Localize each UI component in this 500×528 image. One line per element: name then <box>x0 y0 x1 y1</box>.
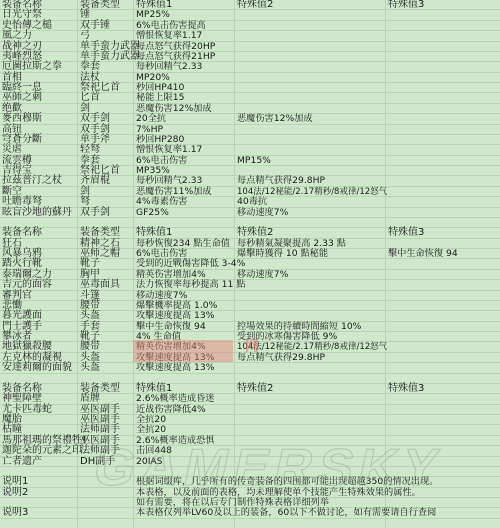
table-cell[interactable]: 剑 <box>78 104 133 113</box>
table-cell[interactable] <box>386 31 500 40</box>
table-cell[interactable] <box>386 239 500 248</box>
table-cell[interactable] <box>235 73 385 82</box>
table-cell[interactable]: 巫医副手 <box>78 405 133 414</box>
table-cell[interactable] <box>386 73 500 82</box>
table-cell[interactable] <box>386 114 500 123</box>
table-cell[interactable] <box>386 311 500 320</box>
table-cell[interactable]: 4%毒素伤害 <box>134 197 234 206</box>
column-header[interactable]: 特殊值2 <box>235 0 385 9</box>
table-row: 吐瞻毒弩弩4%毒素伤害40毒抗 <box>0 197 500 207</box>
watermark-site: 网 <box>245 336 259 356</box>
table-cell[interactable]: 每秒回精气2.33 <box>134 62 234 71</box>
table-cell[interactable]: 每秒回精气2.33 <box>134 176 234 185</box>
table-cell[interactable]: 法师副手 <box>78 425 133 434</box>
table-cell[interactable]: 秘能上限15 <box>134 93 234 102</box>
table-cell[interactable] <box>386 197 500 206</box>
table-cell[interactable]: 史怡傳之槌 <box>0 21 77 30</box>
note-text[interactable]: 如有需要，将在以后专门制作特殊表格详细列举 <box>134 498 494 507</box>
table-cell[interactable]: 20全抗 <box>134 114 234 123</box>
table-row: 悲慟腰带爆擊機率提高 1.0% <box>0 301 500 311</box>
table-cell[interactable]: 擊中生命恢復 94 <box>134 322 234 331</box>
table-cell[interactable]: 巫师之帽 <box>78 249 133 258</box>
watermark-highlight <box>133 340 233 362</box>
table-cell[interactable]: 拳套 <box>78 62 133 71</box>
column-header[interactable]: 装备名称 <box>0 0 77 9</box>
table-cell[interactable] <box>235 280 385 289</box>
table-cell[interactable]: 齐眉棍 <box>78 176 133 185</box>
table-cell[interactable]: 爆擊機率提高 1.0% <box>134 301 234 310</box>
table-cell[interactable] <box>386 135 500 144</box>
table-row: 穹蒼分斷单手斧秒回HP280 <box>0 135 500 145</box>
table-cell[interactable]: 每点怒气获得20HP <box>134 42 234 51</box>
table-cell[interactable]: 移动速度7% <box>134 291 234 300</box>
table-cell[interactable]: 靴子 <box>78 332 133 341</box>
table-cell[interactable]: 腰带 <box>78 301 133 310</box>
table-cell[interactable]: 双手剑 <box>78 125 133 134</box>
table-cell[interactable]: 踏火行靴 <box>0 259 77 268</box>
table-cell[interactable]: 夷峰烈怒 <box>0 52 77 61</box>
table-cell[interactable]: 轻弩 <box>78 145 133 154</box>
table-cell[interactable] <box>386 21 500 30</box>
table-cell[interactable]: MP35% <box>134 166 234 175</box>
table-row: 风暴乌鸦巫师之帽6%电击伤害爆擊時獲得 10 點秘能擊中生命恢復 94 <box>0 249 500 259</box>
table-cell[interactable]: 头盔 <box>78 363 133 372</box>
column-header[interactable]: 特殊值1 <box>134 384 234 393</box>
table-row: 战神之刃单手蛮力武器每点怒气获得20HP <box>0 42 500 52</box>
table-cell[interactable]: 战神之刃 <box>0 42 77 51</box>
table-row: 厄圖拉斯之拳拳套每秒回精气2.33 <box>0 62 500 72</box>
table-cell[interactable] <box>386 353 500 362</box>
table-cell[interactable]: MP20% <box>134 73 234 82</box>
table-cell[interactable] <box>235 62 385 71</box>
table-cell[interactable]: 亡者遗产 <box>0 457 77 466</box>
table-header-row: 装备名称装备类型特殊值1特殊值2特殊值3 <box>0 384 500 394</box>
table-cell[interactable]: 每点精气获得29.8HP <box>235 176 385 185</box>
table-cell[interactable] <box>235 125 385 134</box>
table-cell[interactable]: 憎恨恢复率1.17 <box>134 145 234 154</box>
table-cell[interactable]: 尤卡匹毒蛇 <box>0 405 77 414</box>
note-row: 说明3本表格仅列举LV60及以上的装备，60以下不做讨论，如有需要请自行查阅 <box>0 508 500 518</box>
table-cell[interactable]: 流雲樽 <box>0 156 77 165</box>
table-cell[interactable] <box>235 83 385 92</box>
note-label[interactable] <box>0 498 77 507</box>
table-cell[interactable]: 104法/12秘能/2.17精秒/8戒律/12怒气 <box>235 187 385 196</box>
table-cell[interactable]: 攀冰者 <box>0 332 77 341</box>
table-cell[interactable]: 移动速度7% <box>235 208 385 217</box>
table-cell[interactable] <box>386 415 500 424</box>
table-cell[interactable] <box>386 52 500 61</box>
table-cell[interactable]: 泰瑞爾之力 <box>0 270 77 279</box>
table-cell[interactable]: 弩 <box>78 197 133 206</box>
table-cell[interactable]: 安達莉爾的面貌 <box>0 363 77 372</box>
table-row: 泰瑞爾之力胸甲精英伤害增加4%移动速度7% <box>0 270 500 280</box>
table-cell[interactable] <box>386 425 500 434</box>
table-cell[interactable]: 風之力 <box>0 31 77 40</box>
column-header[interactable]: 特殊值3 <box>386 0 500 9</box>
table-cell[interactable]: 地獄獵殺腰 <box>0 342 77 351</box>
table-cell[interactable] <box>235 415 385 424</box>
table-row: 麥西穆斯双手剑20全抗恶魔伤害12%加成 <box>0 114 500 124</box>
table-cell[interactable] <box>235 363 385 372</box>
table-cell[interactable]: 臨終一息 <box>0 83 77 92</box>
table-cell[interactable]: 头盔 <box>78 311 133 320</box>
note-label[interactable]: 说明2 <box>0 488 77 497</box>
table-cell[interactable] <box>235 42 385 51</box>
table-cell[interactable] <box>386 42 500 51</box>
table-cell[interactable]: 弓 <box>78 31 133 40</box>
table-cell[interactable] <box>235 394 385 403</box>
table-cell[interactable]: 锤 <box>78 10 133 19</box>
table-cell[interactable]: 狂石 <box>0 239 77 248</box>
table-cell[interactable] <box>386 394 500 403</box>
table-row: 神聖障壁盾牌2.6%概率造成昏迷 <box>0 394 500 404</box>
table-cell[interactable] <box>386 10 500 19</box>
table-cell[interactable]: 匕首 <box>78 93 133 102</box>
table-weapons: 装备名称装备类型特殊值1特殊值2特殊值3日光守祭锤MP25%史怡傳之槌双手锤6%… <box>0 0 500 218</box>
table-cell[interactable]: 憎恨恢复率1.17 <box>134 31 234 40</box>
table-cell[interactable]: 单手蛮力武器 <box>78 42 133 51</box>
table-cell[interactable] <box>386 166 500 175</box>
table-cell[interactable]: GF25% <box>134 208 234 217</box>
table-cell[interactable]: MP15% <box>235 156 385 165</box>
column-header[interactable]: 装备名称 <box>0 228 77 237</box>
table-cell[interactable]: 剑 <box>78 187 133 196</box>
table-cell[interactable]: 绝歡 <box>0 104 77 113</box>
table-cell[interactable]: 高钮 <box>0 125 77 134</box>
table-cell[interactable]: 擊中生命恢復 94 <box>386 249 500 258</box>
table-cell[interactable]: 精神之石 <box>78 239 133 248</box>
table-cell[interactable]: 40毒抗 <box>235 197 385 206</box>
table-cell[interactable]: 每秒恢復234 點生命值 <box>134 239 234 248</box>
table-cell[interactable] <box>386 145 500 154</box>
table-cell[interactable]: 枯瞳 <box>0 425 77 434</box>
table-cell[interactable] <box>235 259 385 268</box>
table-cell[interactable]: 首相 <box>0 73 77 82</box>
table-cell[interactable] <box>386 405 500 414</box>
table-cell[interactable]: 6%电击伤害 <box>134 249 234 258</box>
table-cell[interactable]: 双手剑 <box>78 208 133 217</box>
watermark-brand: GAMERSKY <box>89 438 450 498</box>
table-row: 尤卡匹毒蛇巫医副手近战伤害降低4% <box>0 405 500 415</box>
table-cell[interactable]: 每点怒气获得21HP <box>134 52 234 61</box>
note-label[interactable]: 说明3 <box>0 508 77 517</box>
column-header[interactable]: 装备类型 <box>78 384 133 393</box>
table-cell[interactable] <box>386 270 500 279</box>
note-label[interactable]: 说明1 <box>0 477 77 486</box>
column-header[interactable]: 特殊值1 <box>134 0 234 9</box>
table-cell[interactable] <box>386 332 500 341</box>
table-cell[interactable] <box>386 156 500 165</box>
table-cell[interactable]: 吐瞻毒弩 <box>0 197 77 206</box>
table-cell[interactable]: 法杖 <box>78 73 133 82</box>
table-cell[interactable] <box>235 93 385 102</box>
table-cell[interactable]: 厄圖拉斯之拳 <box>0 62 77 71</box>
table-cell[interactable] <box>235 301 385 310</box>
table-cell[interactable] <box>235 10 385 19</box>
table-cell[interactable] <box>386 291 500 300</box>
table-cell[interactable]: 魔胎 <box>0 415 77 424</box>
table-row: 吉元的面容巫毒面具法力恢復率每秒提高 11 點 <box>0 280 500 290</box>
table-cell[interactable]: 審判官 <box>0 291 77 300</box>
table-cell[interactable]: 手套 <box>78 322 133 331</box>
table-cell[interactable]: 法力恢復率每秒提高 11 點 <box>134 280 234 289</box>
table-row: 魔胎巫医副手全抗20 <box>0 415 500 425</box>
table-cell[interactable]: 胸甲 <box>78 270 133 279</box>
table-cell[interactable]: 穹蒼分斷 <box>0 135 77 144</box>
table-cell[interactable]: 双手剑 <box>78 114 133 123</box>
table-cell[interactable] <box>386 62 500 71</box>
table-cell[interactable]: 7%HP <box>134 125 234 134</box>
table-cell[interactable]: 秒回HP280 <box>134 135 234 144</box>
table-cell[interactable]: 精英伤害增加4% <box>134 270 234 279</box>
table-row: 日光守祭锤MP25% <box>0 10 500 20</box>
table-cell[interactable]: 盾牌 <box>78 394 133 403</box>
column-header[interactable]: 特殊值1 <box>134 228 234 237</box>
table-cell[interactable]: 全抗20 <box>134 415 234 424</box>
table-cell[interactable] <box>386 104 500 113</box>
table-header-row: 装备名称装备类型特殊值1特殊值2特殊值3 <box>0 0 500 10</box>
table-row: 巫師之刺匕首秘能上限15 <box>0 93 500 103</box>
table-row: 夷峰烈怒单手蛮力武器每点怒气获得21HP <box>0 52 500 62</box>
table-cell[interactable]: 单手蛮力武器 <box>78 52 133 61</box>
table-cell[interactable] <box>235 145 385 154</box>
table-cell[interactable]: 头盔 <box>78 353 133 362</box>
column-header[interactable]: 装备类型 <box>78 0 133 9</box>
table-row: 風之力弓憎恨恢复率1.17 <box>0 31 500 41</box>
table-cell[interactable]: 单手斧 <box>78 135 133 144</box>
table-cell[interactable]: 吉得宝 <box>0 166 77 175</box>
column-header[interactable]: 特殊值3 <box>386 384 500 393</box>
table-cell[interactable]: 6%电击伤害提高 <box>134 21 234 30</box>
table-row: 拉茲普汀之杖齐眉棍每秒回精气2.33每点精气获得29.8HP <box>0 176 500 186</box>
table-cell[interactable]: 巫毒面具 <box>78 280 133 289</box>
table-cell[interactable] <box>386 322 500 331</box>
table-cell[interactable]: 攻擊速度提高 13% <box>134 363 234 372</box>
table-row: 史怡傳之槌双手锤6%电击伤害提高 <box>0 21 500 31</box>
table-cell[interactable]: 控場效果的持續時間縮短 10% <box>235 322 385 331</box>
table-cell[interactable]: 麥西穆斯 <box>0 114 77 123</box>
table-cell[interactable] <box>386 208 500 217</box>
note-text[interactable]: 本表格仅列举LV60及以上的装备，60以下不做讨论，如有需要请自行查阅 <box>134 508 494 517</box>
table-cell[interactable] <box>235 425 385 434</box>
table-cell[interactable] <box>386 93 500 102</box>
table-row: 流雲樽拳套6%电击伤害MP15% <box>0 156 500 166</box>
table-cell[interactable]: 腰带 <box>78 342 133 351</box>
table-cell[interactable] <box>386 363 500 372</box>
table-cell[interactable]: 左克林的凝視 <box>0 353 77 362</box>
table-row: 安達莉爾的面貌头盔攻擊速度提高 13% <box>0 363 500 373</box>
table-cell[interactable]: 双手锤 <box>78 21 133 30</box>
column-header[interactable]: 特殊值2 <box>235 384 385 393</box>
column-header[interactable]: 特殊值2 <box>235 228 385 237</box>
table-cell[interactable]: 恶魔伤害12%加成 <box>235 114 385 123</box>
table-cell[interactable]: 祭祀匕首 <box>78 83 133 92</box>
table-cell[interactable] <box>386 301 500 310</box>
table-cell[interactable]: 迦陀朵的元素之印 <box>0 446 77 455</box>
table-row: 眩盲沙地的蘇丹双手剑GF25%移动速度7% <box>0 208 500 218</box>
table-cell[interactable]: 秒回HP410 <box>134 83 234 92</box>
table-cell[interactable] <box>386 125 500 134</box>
table-cell[interactable]: 2.6%概率造成昏迷 <box>134 394 234 403</box>
table-cell[interactable]: 6%电击伤害 <box>134 156 234 165</box>
table-cell[interactable]: 神聖障壁 <box>0 394 77 403</box>
table-cell[interactable] <box>386 187 500 196</box>
table-cell[interactable] <box>235 311 385 320</box>
table-cell[interactable] <box>386 83 500 92</box>
table-cell[interactable] <box>386 342 500 351</box>
column-header[interactable]: 装备名称 <box>0 384 77 393</box>
table-cell[interactable]: 靴子 <box>78 259 133 268</box>
table-cell[interactable]: 斷空 <box>0 187 77 196</box>
table-cell[interactable] <box>235 104 385 113</box>
table-cell[interactable] <box>386 280 500 289</box>
table-cell[interactable]: 近战伤害降低4% <box>134 405 234 414</box>
table-cell[interactable]: 全抗20 <box>134 425 234 434</box>
table-cell[interactable] <box>235 291 385 300</box>
table-cell[interactable] <box>235 135 385 144</box>
table-cell[interactable]: 吉元的面容 <box>0 280 77 289</box>
table-cell[interactable]: 日光守祭 <box>0 10 77 19</box>
table-cell[interactable]: 恶魔伤害12%加成 <box>134 104 234 113</box>
table-row: 首相法杖MP20% <box>0 73 500 83</box>
table-cell[interactable]: 暮光護面 <box>0 311 77 320</box>
table-cell[interactable]: 爆擊時獲得 10 點秘能 <box>235 249 385 258</box>
table-cell[interactable] <box>386 259 500 268</box>
table-cell[interactable] <box>235 31 385 40</box>
table-cell[interactable]: 眩盲沙地的蘇丹 <box>0 208 77 217</box>
table-cell[interactable]: 拳套 <box>78 156 133 165</box>
table-cell[interactable]: 悲慟 <box>0 301 77 310</box>
table-cell[interactable]: 祭祀匕首 <box>78 166 133 175</box>
table-row: 臨終一息祭祀匕首秒回HP410 <box>0 83 500 93</box>
table-cell[interactable] <box>235 52 385 61</box>
column-header[interactable]: 特殊值3 <box>386 228 500 237</box>
table-cell[interactable]: 每秒精氣凝聚提高 2.33 點 <box>235 239 385 248</box>
table-row: 高钮双手剑7%HP <box>0 125 500 135</box>
table-cell[interactable]: 攻擊速度提高 13% <box>134 311 234 320</box>
table-cell[interactable]: 門士護手 <box>0 322 77 331</box>
table-cell[interactable] <box>235 405 385 414</box>
table-cell[interactable]: 斗篷 <box>78 291 133 300</box>
table-cell[interactable] <box>386 176 500 185</box>
table-cell[interactable]: 巫医副手 <box>78 415 133 424</box>
table-cell[interactable]: 移动速度7% <box>235 270 385 279</box>
column-header[interactable]: 装备类型 <box>78 228 133 237</box>
table-cell[interactable]: 巫師之刺 <box>0 93 77 102</box>
table-row: 審判官斗篷移动速度7% <box>0 291 500 301</box>
table-cell[interactable] <box>235 21 385 30</box>
table-cell[interactable]: 风暴乌鸦 <box>0 249 77 258</box>
table-cell[interactable]: 受到的近戰傷害降低 3-4% <box>134 259 234 268</box>
table-cell[interactable]: 恶魔伤害11%加成 <box>134 187 234 196</box>
table-cell[interactable]: 拉茲普汀之杖 <box>0 176 77 185</box>
table-cell[interactable]: 災虐 <box>0 145 77 154</box>
table-cell[interactable]: MP25% <box>134 10 234 19</box>
table-cell[interactable]: 馬那祖瑪的祭禮牲! <box>0 436 77 445</box>
table-cell[interactable] <box>235 166 385 175</box>
